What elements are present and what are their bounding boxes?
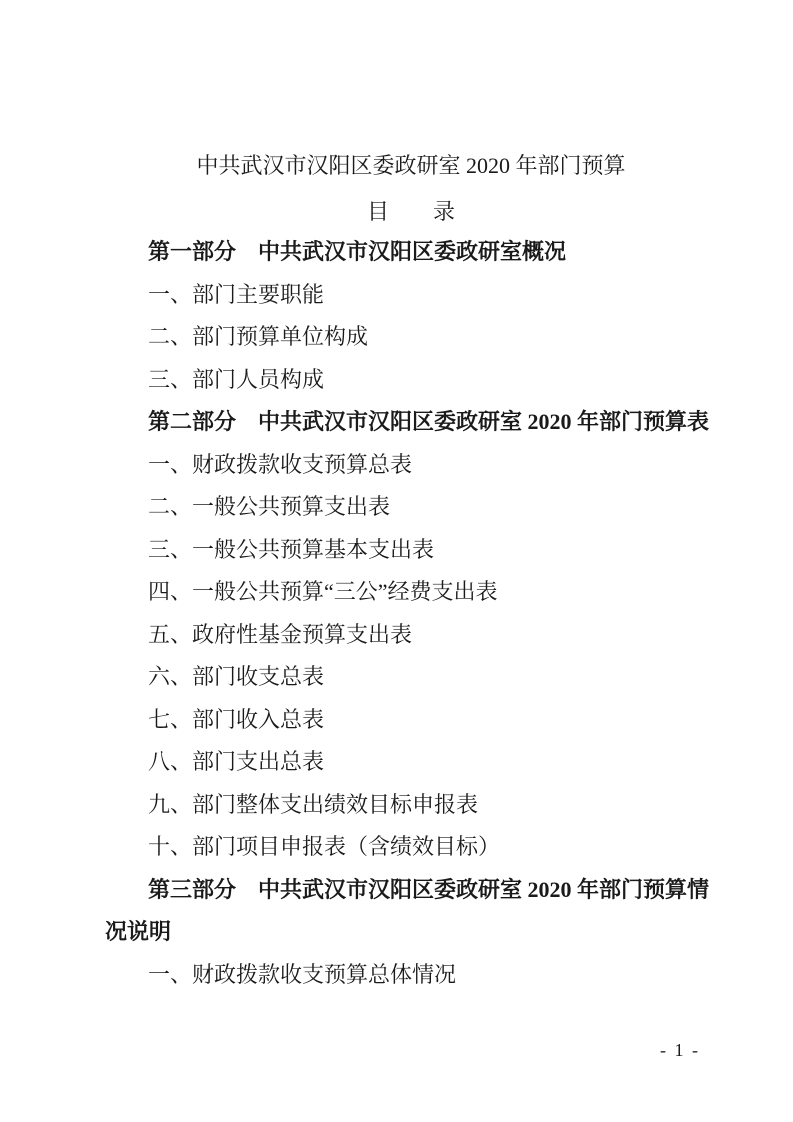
toc-item: 一、部门主要职能: [105, 274, 717, 317]
toc-item: 七、部门收入总表: [105, 699, 717, 742]
page-number: - 1 -: [660, 1040, 700, 1060]
section-3-heading: 第三部分 中共武汉市汉阳区委政研室 2020 年部门预算情况说明: [105, 869, 717, 954]
toc-item: 八、部门支出总表: [105, 741, 717, 784]
toc-item: 四、一般公共预算“三公”经费支出表: [105, 571, 717, 614]
toc-item: 三、部门人员构成: [105, 359, 717, 402]
section-2-heading: 第二部分 中共武汉市汉阳区委政研室 2020 年部门预算表: [105, 401, 717, 444]
toc-item: 一、财政拨款收支预算总体情况: [105, 954, 717, 997]
toc-item: 十、部门项目申报表（含绩效目标）: [105, 826, 717, 869]
document-title: 中共武汉市汉阳区委政研室 2020 年部门预算: [105, 155, 717, 177]
toc-item: 九、部门整体支出绩效目标申报表: [105, 784, 717, 827]
toc-item: 三、一般公共预算基本支出表: [105, 529, 717, 572]
toc-item: 二、部门预算单位构成: [105, 316, 717, 359]
toc-list: 第一部分 中共武汉市汉阳区委政研室概况 一、部门主要职能 二、部门预算单位构成 …: [105, 231, 717, 996]
section-1-heading: 第一部分 中共武汉市汉阳区委政研室概况: [105, 231, 717, 274]
toc-heading: 目 录: [105, 201, 717, 223]
toc-item: 一、财政拨款收支预算总表: [105, 444, 717, 487]
document-page: 中共武汉市汉阳区委政研室 2020 年部门预算 目 录 第一部分 中共武汉市汉阳…: [0, 0, 793, 1122]
toc-item: 六、部门收支总表: [105, 656, 717, 699]
document-content: 中共武汉市汉阳区委政研室 2020 年部门预算 目 录 第一部分 中共武汉市汉阳…: [105, 0, 717, 996]
toc-item: 五、政府性基金预算支出表: [105, 614, 717, 657]
toc-item: 二、一般公共预算支出表: [105, 486, 717, 529]
